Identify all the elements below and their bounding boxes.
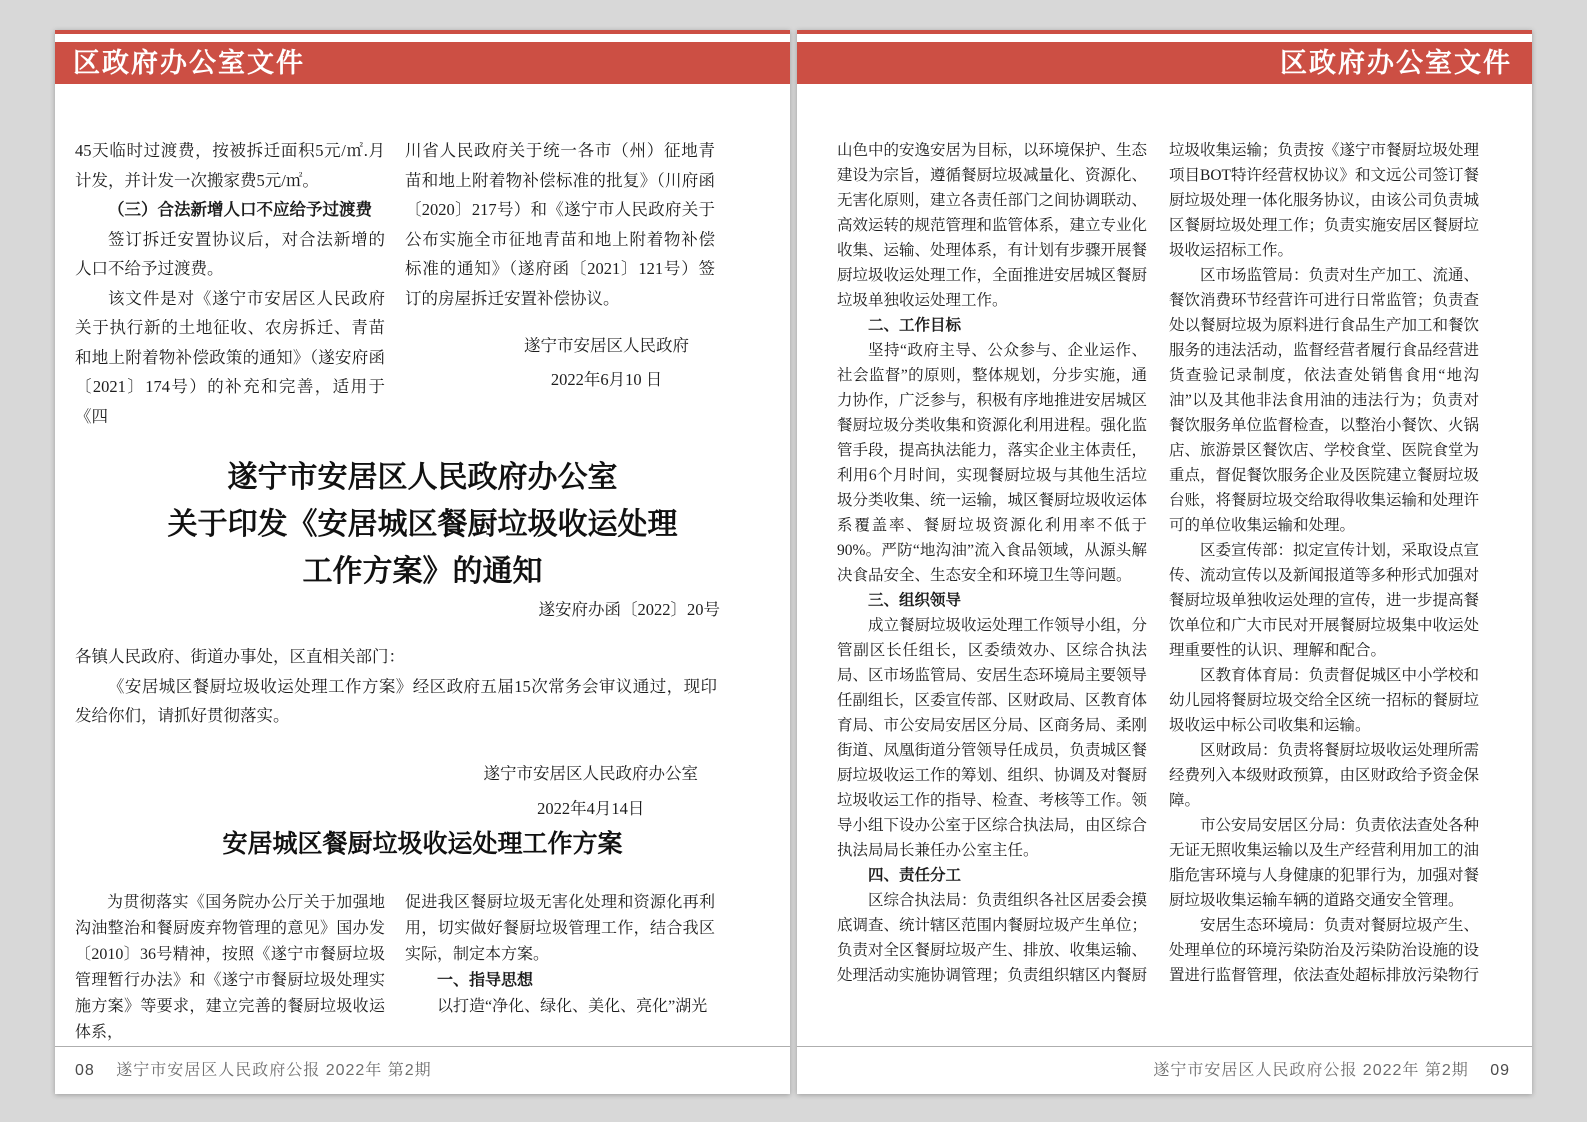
footer-left: 08 遂宁市安居区人民政府公报 2022年 第2期 — [75, 1057, 768, 1080]
paragraph: 45天临时过渡费，按被拆迁面积5元/㎡.月计发，并计发一次搬家费5元/㎡。 — [75, 136, 385, 195]
paragraph: 坚持“政府主导、公众参与、企业运作、社会监督”的原则，整体规划，分步实施，通力协… — [837, 338, 1147, 588]
signature-name: 遂宁市安居区人民政府 — [524, 329, 689, 363]
paragraph: 安居生态环境局：负责对餐厨垃圾产生、处理单位的环境污染防治及污染防治设施的设置进… — [1169, 913, 1479, 988]
header-band-title: 区政府办公室文件 — [1280, 48, 1512, 78]
right-page: 区政府办公室文件 山色中的安逸安居为目标，以环境保护、生态建设为宗旨，遵循餐厨垃… — [797, 30, 1532, 1094]
left-page-bottom-column-2: 促进我区餐厨垃圾无害化处理和资源化再利用，切实做好餐厨垃圾管理工作，结合我区实际… — [405, 890, 715, 1020]
paragraph: 山色中的安逸安居为目标，以环境保护、生态建设为宗旨，遵循餐厨垃圾减量化、资源化、… — [837, 138, 1147, 313]
page-top-rule — [55, 30, 790, 34]
left-page-bottom-column-1: 为贯彻落实《国务院办公厅关于加强地沟油整治和餐厨废弃物管理的意见》国办发〔201… — [75, 890, 385, 1046]
salutation-line: 各镇人民政府、街道办事处，区直相关部门： — [75, 642, 717, 672]
right-page-column-1: 山色中的安逸安居为目标，以环境保护、生态建设为宗旨，遵循餐厨垃圾减量化、资源化、… — [837, 138, 1147, 1044]
gazette-title: 遂宁市安居区人民政府公报 2022年 第2期 — [116, 1062, 431, 1079]
paragraph: 川省人民政府关于统一各市（州）征地青苗和地上附着物补偿标准的批复》（川府函〔20… — [405, 136, 715, 313]
paragraph: 区综合执法局：负责组织各社区居委会摸底调查、统计辖区范围内餐厨垃圾产生单位；负责… — [837, 888, 1147, 988]
right-page-column-2: 垃圾收集运输；负责按《遂宁市餐厨垃圾处理项目BOT特许经营权协议》和文远公司签订… — [1169, 138, 1479, 1044]
paragraph: 为贯彻落实《国务院办公厅关于加强地沟油整治和餐厨废弃物管理的意见》国办发〔201… — [75, 890, 385, 1046]
section-heading: 一、指导思想 — [405, 968, 715, 994]
paragraph: 市公安局安居区分局：负责依法查处各种无证无照收集运输以及生产经营利用加工的油脂危… — [1169, 813, 1479, 913]
footer-right: 遂宁市安居区人民政府公报 2022年 第2期 09 — [817, 1057, 1510, 1080]
notice-title-line-1: 遂宁市安居区人民政府办公室 — [55, 454, 790, 501]
paragraph: 区财政局：负责将餐厨垃圾收运处理所需经费列入本级财政预算，由区财政给予资金保障。 — [1169, 738, 1479, 813]
signature-block-office: 遂宁市安居区人民政府办公室 2022年4月14日 — [484, 756, 699, 826]
notice-title-line-3: 工作方案》的通知 — [55, 548, 790, 595]
section-heading: 四、责任分工 — [837, 863, 1147, 888]
signature-date: 2022年6月10 日 — [524, 363, 689, 397]
notice-body: 各镇人民政府、街道办事处，区直相关部门： 《安居城区餐厨垃圾收运处理工作方案》经… — [75, 642, 717, 731]
header-band: 区政府办公室文件 — [797, 42, 1532, 84]
paragraph: 区委宣传部：拟定宣传计划，采取设点宣传、流动宣传以及新闻报道等多种形式加强对餐厨… — [1169, 538, 1479, 663]
notice-title-line-2: 关于印发《安居城区餐厨垃圾收运处理 — [55, 501, 790, 548]
header-band-title: 区政府办公室文件 — [73, 48, 305, 78]
section-heading: 二、工作目标 — [837, 313, 1147, 338]
left-page: 区政府办公室文件 45天临时过渡费，按被拆迁面积5元/㎡.月计发，并计发一次搬家… — [55, 30, 790, 1094]
page-number: 08 — [75, 1062, 95, 1079]
column-paragraphs: 川省人民政府关于统一各市（州）征地青苗和地上附着物补偿标准的批复》（川府函〔20… — [405, 136, 715, 313]
paragraph: 该文件是对《遂宁市安居区人民政府关于执行新的土地征收、农房拆迁、青苗和地上附着物… — [75, 284, 385, 432]
paragraph: 区教育体育局：负责督促城区中小学校和幼儿园将餐厨垃圾交给全区统一招标的餐厨垃圾收… — [1169, 663, 1479, 738]
gazette-spread: { "colors": { "header_band": "#cc4f44", … — [0, 0, 1587, 1122]
header-band: 区政府办公室文件 — [55, 42, 790, 84]
paragraph: 垃圾收集运输；负责按《遂宁市餐厨垃圾处理项目BOT特许经营权协议》和文远公司签订… — [1169, 138, 1479, 263]
signature-block-government: 遂宁市安居区人民政府 2022年6月10 日 — [405, 329, 715, 397]
gazette-title: 遂宁市安居区人民政府公报 2022年 第2期 — [1153, 1062, 1468, 1079]
paragraph: 成立餐厨垃圾收运处理工作领导小组，分管副区长任组长，区委绩效办、区综合执法局、区… — [837, 613, 1147, 863]
document-number: 遂安府办函〔2022〕20号 — [75, 596, 720, 620]
signature-name: 遂宁市安居区人民政府办公室 — [484, 756, 699, 791]
paragraph: 签订拆迁安置协议后，对合法新增的人口不给予过渡费。 — [75, 225, 385, 284]
notice-title: 遂宁市安居区人民政府办公室 关于印发《安居城区餐厨垃圾收运处理 工作方案》的通知 — [55, 454, 790, 595]
left-page-column-2: 川省人民政府关于统一各市（州）征地青苗和地上附着物补偿标准的批复》（川府函〔20… — [405, 136, 715, 397]
paragraph: 区市场监管局：负责对生产加工、流通、餐饮消费环节经营许可进行日常监管；负责查处以… — [1169, 263, 1479, 538]
paragraph: 以打造“净化、绿化、美化、亮化”湖光 — [405, 994, 715, 1020]
notice-body-paragraph: 《安居城区餐厨垃圾收运处理工作方案》经区政府五届15次常务会审议通过，现印发给你… — [75, 672, 717, 731]
signature-date: 2022年4月14日 — [484, 791, 699, 826]
page-top-rule — [797, 30, 1532, 34]
page-number: 09 — [1490, 1062, 1510, 1079]
paragraph: （三）合法新增人口不应给予过渡费 — [75, 195, 385, 225]
plan-title: 安居城区餐厨垃圾收运处理工作方案 — [55, 824, 790, 860]
signature-inner: 遂宁市安居区人民政府 2022年6月10 日 — [524, 329, 689, 397]
left-page-column-1: 45天临时过渡费，按被拆迁面积5元/㎡.月计发，并计发一次搬家费5元/㎡。（三）… — [75, 136, 385, 431]
section-heading: 三、组织领导 — [837, 588, 1147, 613]
footer-rule — [797, 1046, 1532, 1047]
paragraph: 促进我区餐厨垃圾无害化处理和资源化再利用，切实做好餐厨垃圾管理工作，结合我区实际… — [405, 890, 715, 968]
footer-rule — [55, 1046, 790, 1047]
